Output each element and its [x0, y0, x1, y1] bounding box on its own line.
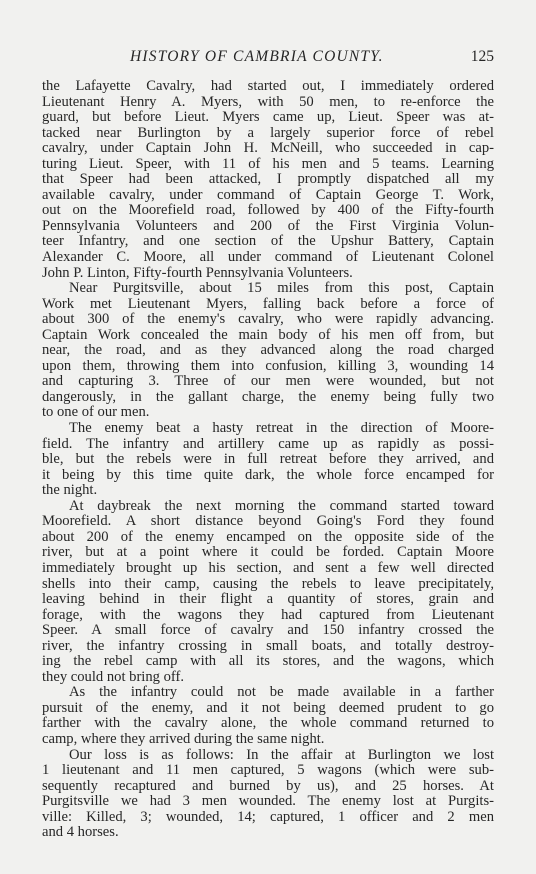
- text-line: dangerously, in the gallant charge, the …: [42, 390, 494, 406]
- text-line: immediately brought up his section, and …: [42, 561, 494, 577]
- text-line: guard, but before Lieut. Myers came up, …: [42, 110, 494, 126]
- running-title: HISTORY OF CAMBRIA COUNTY.: [130, 48, 384, 66]
- text-line: the night.: [42, 483, 494, 499]
- text-line: leaving behind in their flight a quantit…: [42, 592, 494, 608]
- text-line: near, the road, and as they advanced alo…: [42, 343, 494, 359]
- text-line: The enemy beat a hasty retreat in the di…: [42, 421, 494, 437]
- text-line: about 200 of the enemy encamped on the o…: [42, 530, 494, 546]
- text-line: and capturing 3. Three of our men were w…: [42, 374, 494, 390]
- text-line: river, the infantry crossing in small bo…: [42, 639, 494, 655]
- running-head: HISTORY OF CAMBRIA COUNTY. 125: [42, 48, 494, 68]
- text-line: pursuit of the enemy, and it not being d…: [42, 701, 494, 717]
- body-text: the Lafayette Cavalry, had started out, …: [42, 79, 494, 841]
- text-line: turing Lieut. Speer, with 11 of his men …: [42, 157, 494, 173]
- text-line: sequently recaptured and burned by us), …: [42, 779, 494, 795]
- text-line: John P. Linton, Fifty-fourth Pennsylvani…: [42, 266, 494, 282]
- text-line: shells into their camp, causing the rebe…: [42, 577, 494, 593]
- text-line: tacked near Burlington by a largely supe…: [42, 126, 494, 142]
- text-line: Our loss is as follows: In the affair at…: [42, 748, 494, 764]
- text-line: Lieutenant Henry A. Myers, with 50 men, …: [42, 95, 494, 111]
- text-line: Work met Lieutenant Myers, falling back …: [42, 297, 494, 313]
- text-line: upon them, throwing them into confusion,…: [42, 359, 494, 375]
- text-line: Speer. A small force of cavalry and 150 …: [42, 623, 494, 639]
- paragraph: the Lafayette Cavalry, had started out, …: [42, 79, 494, 281]
- paragraph: The enemy beat a hasty retreat in the di…: [42, 421, 494, 499]
- text-line: field. The infantry and artillery came u…: [42, 437, 494, 453]
- text-line: they could not bring off.: [42, 670, 494, 686]
- text-line: At daybreak the next morning the command…: [42, 499, 494, 515]
- text-line: Purgitsville we had 3 men wounded. The e…: [42, 794, 494, 810]
- paragraph: As the infantry could not be made availa…: [42, 685, 494, 747]
- text-line: Pennsylvania Volunteers and 200 of the F…: [42, 219, 494, 235]
- text-line: 1 lieutenant and 11 men captured, 5 wago…: [42, 763, 494, 779]
- text-line: Alexander C. Moore, all under command of…: [42, 250, 494, 266]
- text-line: river, but at a point where it could be …: [42, 545, 494, 561]
- text-line: and 4 horses.: [42, 825, 494, 841]
- text-line: the Lafayette Cavalry, had started out, …: [42, 79, 494, 95]
- paragraph: At daybreak the next morning the command…: [42, 499, 494, 686]
- text-line: farther with the cavalry alone, the whol…: [42, 716, 494, 732]
- text-line: Captain Work concealed the main body of …: [42, 328, 494, 344]
- paragraph: Our loss is as follows: In the affair at…: [42, 748, 494, 841]
- text-line: As the infantry could not be made availa…: [42, 685, 494, 701]
- text-line: that Speer had been attacked, I promptly…: [42, 172, 494, 188]
- text-line: forage, with the wagons they had capture…: [42, 608, 494, 624]
- text-line: available cavalry, under command of Capt…: [42, 188, 494, 204]
- text-line: to one of our men.: [42, 405, 494, 421]
- text-line: Near Purgitsville, about 15 miles from t…: [42, 281, 494, 297]
- paragraph: Near Purgitsville, about 15 miles from t…: [42, 281, 494, 421]
- text-line: camp, where they arrived during the same…: [42, 732, 494, 748]
- text-line: cavalry, under Captain John H. McNeill, …: [42, 141, 494, 157]
- text-line: ble, but the rebels were in full retreat…: [42, 452, 494, 468]
- text-line: about 300 of the enemy's cavalry, who we…: [42, 312, 494, 328]
- text-line: ing the rebel camp with all its stores, …: [42, 654, 494, 670]
- text-line: it being by this time quite dark, the wh…: [42, 468, 494, 484]
- text-line: ville: Killed, 3; wounded, 14; captured,…: [42, 810, 494, 826]
- text-line: teer Infantry, and one section of the Up…: [42, 234, 494, 250]
- text-line: Moorefield. A short distance beyond Goin…: [42, 514, 494, 530]
- page-number: 125: [471, 48, 494, 66]
- text-line: out on the Moorefield road, followed by …: [42, 203, 494, 219]
- scanned-book-page: HISTORY OF CAMBRIA COUNTY. 125 the Lafay…: [0, 0, 536, 874]
